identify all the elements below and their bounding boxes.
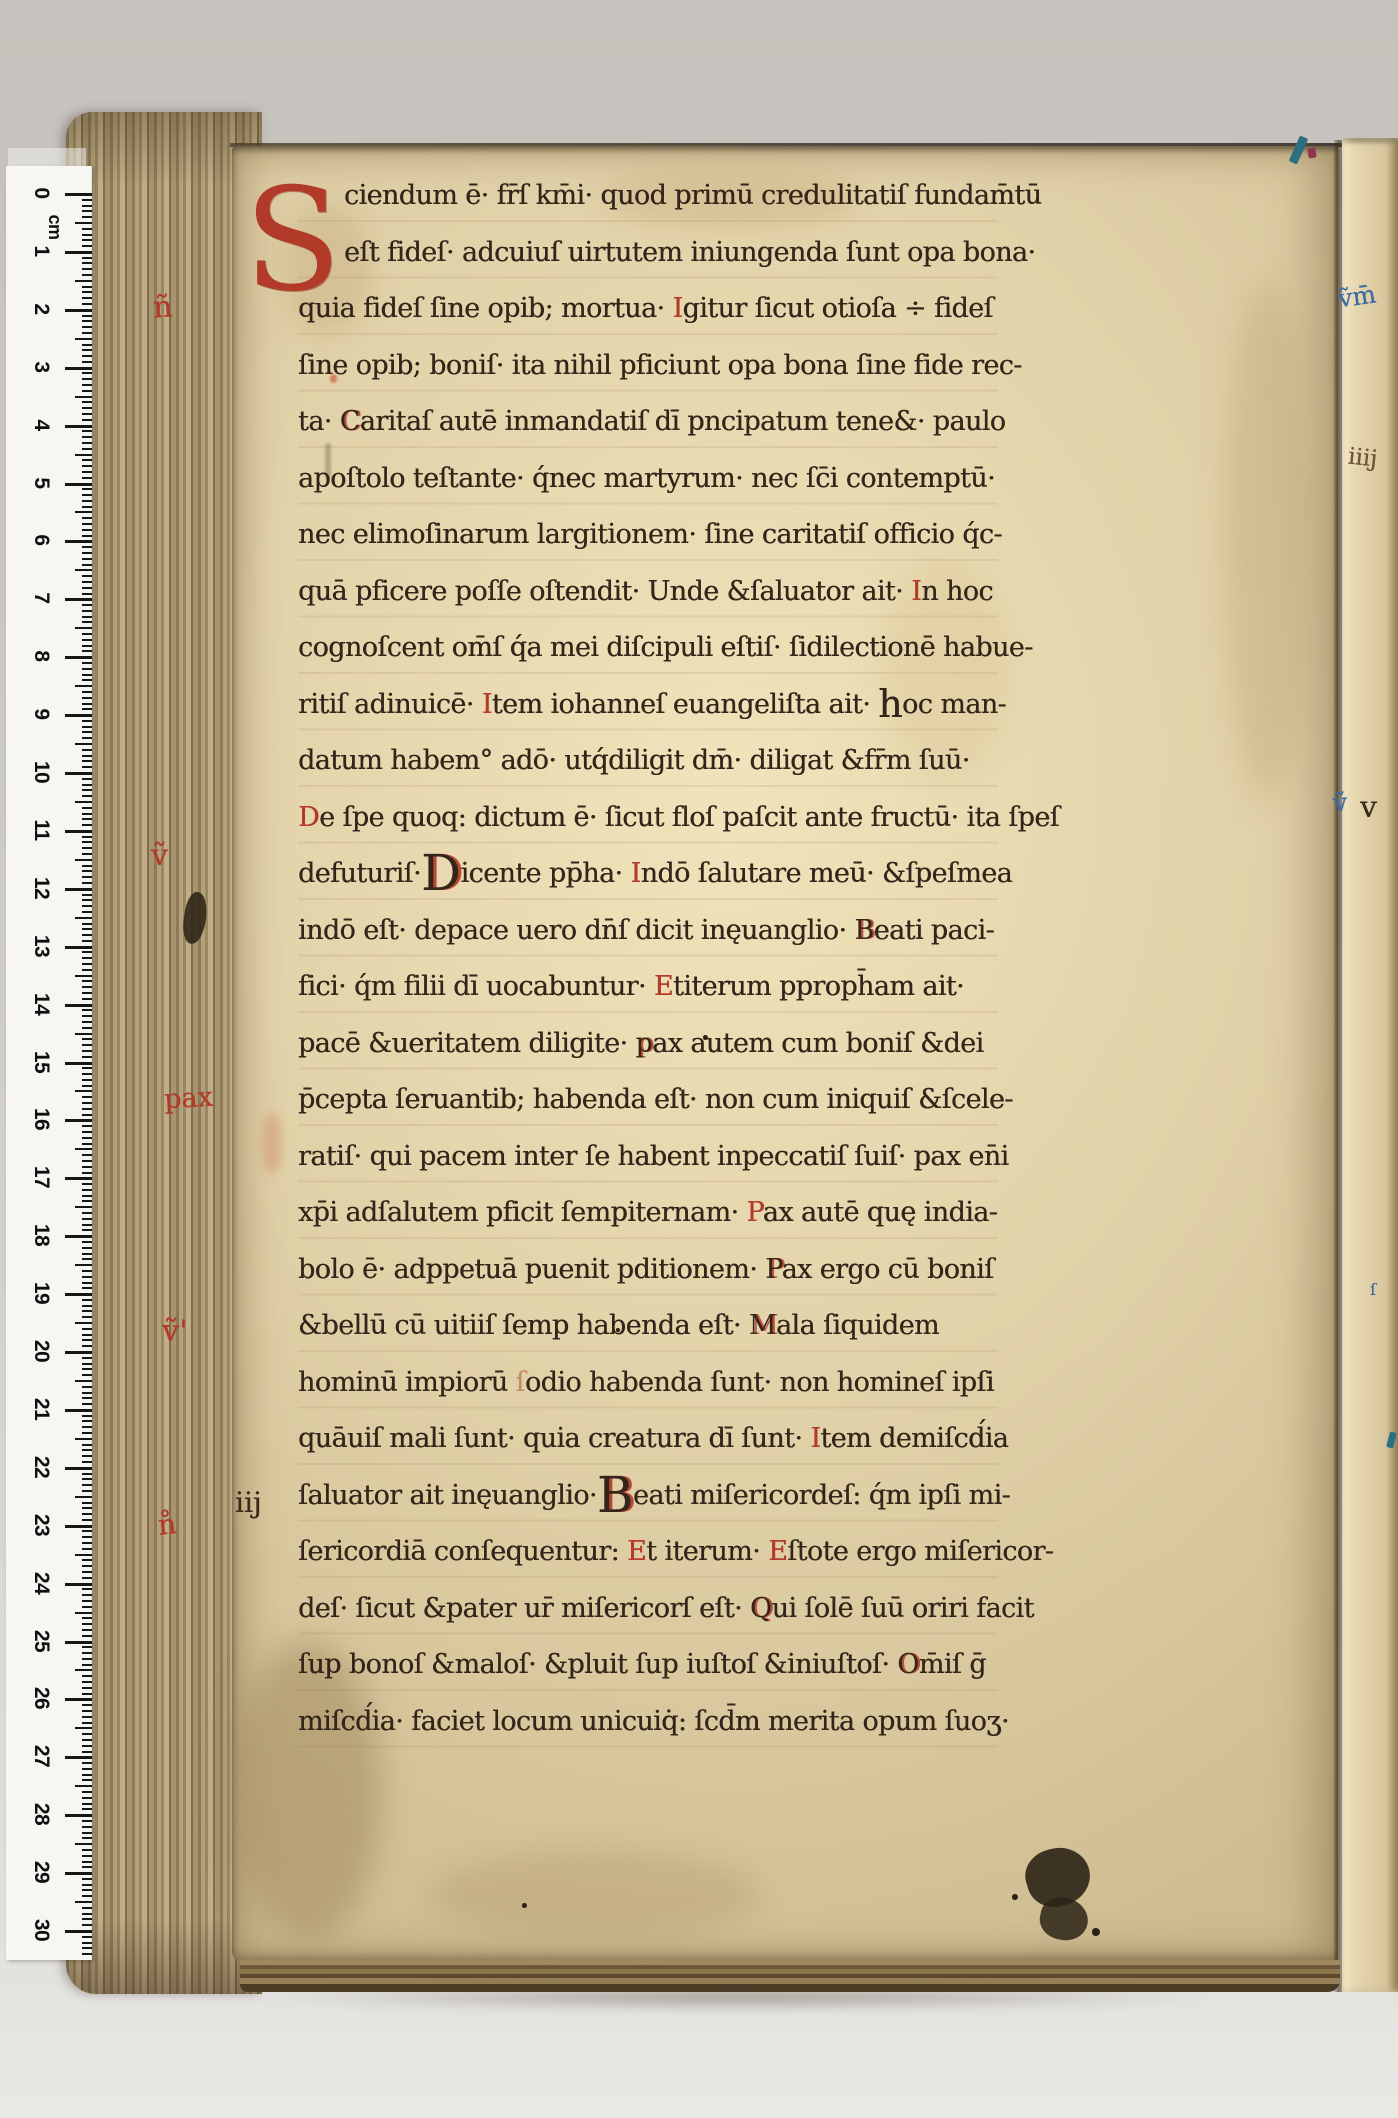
ruler-tick-mm (82, 998, 92, 1000)
ruler-tick-mm (82, 969, 92, 971)
ruler-tick-cm (65, 1698, 92, 1701)
ruler-number: 26 (28, 1683, 54, 1713)
ruler-tick-mm (82, 523, 92, 525)
text-segment: nec elimoſinarum largitionem· ſine carit… (298, 519, 1002, 550)
ruler-tick-mm (82, 1490, 92, 1492)
ruler-tick-mm (82, 1253, 92, 1255)
ruler-tick-mm (82, 1403, 92, 1405)
ruler-number: 23 (28, 1510, 54, 1540)
ruler-number: 27 (28, 1741, 54, 1771)
photograph-backdrop: { "scene": { "description": "Medieval pa… (0, 0, 1398, 2118)
ink-speck (1012, 1894, 1018, 1900)
ruler-tick-mm (82, 963, 92, 965)
ruler-tick-mm (82, 957, 92, 959)
text-segment: odio habenda ſunt· non homineſ ipſi (525, 1367, 994, 1398)
ruler-tick-mm (82, 488, 92, 490)
text-line: ſup bonoſ &maloſ· &pluit ſup iuſtoſ &ini… (298, 1637, 998, 1694)
text-line: cognoſcent om̄ſ q́a mei diſcipuli eſtiſ·… (298, 620, 998, 677)
ruler-tick-mm (82, 1918, 92, 1920)
ruler-tick-mm (82, 813, 92, 815)
ruler-tick-half (75, 1785, 92, 1787)
ruler-tick-mm (82, 1652, 92, 1654)
ruler-tick-mm (82, 610, 92, 612)
text-segment: aritaſ autē inmandatiſ dī pncipatum tene… (360, 406, 1006, 437)
rubricated-capital: B (597, 1466, 633, 1524)
ruler-tick-mm (82, 1907, 92, 1909)
text-segment: ciendum ē· fr̄ſ km̄i· quod primū creduli… (344, 180, 1041, 211)
ruler: 0123456789101112131415161718192021222324… (6, 166, 92, 1960)
ruler-tick-mm (82, 1745, 92, 1747)
ruler-tick-mm (82, 1172, 92, 1174)
rubricated-capital: C (340, 406, 360, 437)
ruler-tick-mm (82, 639, 92, 641)
text-line: nec elimoſinarum largitionem· ſine carit… (298, 507, 998, 564)
ruler-tick-mm (82, 847, 92, 849)
text-line: deſ· ſicut &pater ur̄ miſericorſ eſt· Qu… (298, 1581, 998, 1638)
ruler-tick-mm (82, 1617, 92, 1619)
ruler-tick-half (75, 1727, 92, 1729)
ruler-tick-mm (82, 1502, 92, 1504)
ruler-tick-half (75, 627, 92, 629)
gutter-note: ṽ (1332, 787, 1349, 817)
ruler-tick-half (75, 1206, 92, 1208)
rubricated-capital: O (897, 1649, 919, 1680)
text-segment: h (878, 682, 902, 726)
ruler-tick-mm (82, 923, 92, 925)
ruler-tick-mm (82, 731, 92, 733)
ruler-tick-mm (82, 471, 92, 473)
facing-page-edge (1342, 138, 1398, 1992)
text-segment: eati paci- (874, 915, 994, 946)
ruler-tick-mm (82, 1861, 92, 1863)
ruler-tick-mm (82, 1710, 92, 1712)
ruler-tick-mm (82, 1779, 92, 1781)
ruler-tick-mm (82, 1716, 92, 1718)
ruler-tick-half (75, 454, 92, 456)
ruler-tick-mm (82, 737, 92, 739)
ruler-tick-mm (82, 210, 92, 212)
ruler-tick-mm (82, 679, 92, 681)
ruler-tick-cm (65, 1525, 92, 1528)
ruler-number: 4 (28, 410, 54, 440)
ruler-tick-mm (82, 494, 92, 496)
ruler-tick-half (75, 569, 92, 571)
ruler-tick-mm (82, 1258, 92, 1260)
rubricated-capital: p (635, 1028, 652, 1059)
ruler-tick-mm (82, 262, 92, 264)
ruler-tick-mm (82, 581, 92, 583)
ruler-tick-cm (65, 772, 92, 775)
ruler-tick-mm (82, 1299, 92, 1301)
rubricated-capital: D (298, 802, 319, 833)
ruler-tick-mm (82, 645, 92, 647)
text-line: &bellū cū uitiiſ ſemp habenda eſt· Mala … (298, 1298, 998, 1355)
ruler-tick-mm (82, 1658, 92, 1660)
ruler-tick-cm (65, 1409, 92, 1412)
ruler-tick-mm (82, 1895, 92, 1897)
rubricated-capital: M (749, 1310, 776, 1341)
rubricated-capital: I (482, 689, 492, 720)
ruler-tick-half (75, 1264, 92, 1266)
text-segment: deſ· ſicut &pater ur̄ miſericorſ eſt· (298, 1593, 750, 1624)
rubricated-capital: P (746, 1197, 762, 1228)
ruler-tick-cm (65, 1004, 92, 1007)
ruler-number: 22 (28, 1452, 54, 1482)
ruler-number: 12 (28, 873, 54, 903)
ruler-tick-mm (82, 506, 92, 508)
ruler-number: 21 (28, 1394, 54, 1424)
ruler-tick-mm (82, 1536, 92, 1538)
ruler-tick-mm (82, 1305, 92, 1307)
ruler-tick-mm (82, 349, 92, 351)
ruler-tick-mm (82, 760, 92, 762)
ruler-tick-mm (82, 205, 92, 207)
ruler-tick-mm (82, 1542, 92, 1544)
text-segment: oc man- (902, 689, 1006, 720)
ruler-tick-mm (82, 1704, 92, 1706)
ruler-tick-mm (82, 1675, 92, 1677)
ruler-tick-mm (82, 401, 92, 403)
ruler-number: 30 (28, 1915, 54, 1945)
ruler-tick-mm (82, 1397, 92, 1399)
ruler-tick-half (75, 1612, 92, 1614)
ruler-tick-mm (82, 1085, 92, 1087)
ruler-tick-mm (82, 795, 92, 797)
text-line: quā pficere poſſe oſtendit· Unde &ſaluat… (298, 564, 998, 621)
ruler-tick-cm (65, 598, 92, 601)
ruler-tick-mm (82, 1270, 92, 1272)
ruler-tick-half (75, 859, 92, 861)
ruler-tick-mm (82, 980, 92, 982)
text-line: quia fideſ ſine opib; mortua· Igitur ſic… (298, 281, 998, 338)
ruler-tick-mm (82, 1102, 92, 1104)
text-line: apoſtolo teſtante· q́nec martyrum· nec ſ… (298, 451, 998, 508)
ruler-tick-mm (82, 546, 92, 548)
ruler-tick-mm (82, 1849, 92, 1851)
ruler-tick-mm (82, 390, 92, 392)
ruler-tick-mm (82, 1606, 92, 1608)
ruler-tick-half (75, 975, 92, 977)
ruler-tick-mm (82, 1519, 92, 1521)
ruler-tick-mm (82, 1646, 92, 1648)
ruler-tick-mm (82, 407, 92, 409)
ruler-tick-mm (82, 1444, 92, 1446)
ruler-number: 6 (28, 525, 54, 555)
ruler-tick-mm (82, 934, 92, 936)
ruler-tick-mm (82, 720, 92, 722)
text-segment: e ſpe quoq: dictum ē· ſicut floſ paſcit … (319, 802, 1059, 833)
ruler-tick-mm (82, 1392, 92, 1394)
text-segment: ſericordiā conſequentur: (298, 1536, 627, 1567)
ruler-tick-mm (82, 870, 92, 872)
text-line: defuturiſ·Dicente pp̄ha· Indō ſalutare m… (298, 846, 998, 903)
ruler-tick-mm (82, 1114, 92, 1116)
ruler-tick-mm (82, 853, 92, 855)
ruler-number: 5 (28, 468, 54, 498)
ruler-tick-mm (82, 315, 92, 317)
rubricated-capital: E (654, 971, 673, 1002)
text-line: ta· Caritaſ autē inmandatiſ dī pncipatum… (298, 394, 998, 451)
ruler-tick-mm (82, 257, 92, 259)
ruler-tick-mm (82, 1942, 92, 1944)
ruler-tick-mm (82, 1079, 92, 1081)
ruler-tick-mm (82, 755, 92, 757)
ruler-tick-cm (65, 1930, 92, 1933)
text-segment: n hoc (921, 576, 993, 607)
ink-speck (1092, 1928, 1100, 1936)
ruler-tick-mm (82, 621, 92, 623)
ruler-tick-half (75, 1033, 92, 1035)
ruler-tick-mm (82, 940, 92, 942)
ruler-tick-mm (82, 326, 92, 328)
ruler-tick-mm (82, 1160, 92, 1162)
ruler-tick-mm (82, 1623, 92, 1625)
ruler-number: 0 (28, 178, 54, 208)
ruler-number: 8 (28, 641, 54, 671)
ruler-number: 14 (28, 989, 54, 1019)
text-line: quāuiſ mali ſunt· quia creatura dī ſunt·… (298, 1411, 998, 1468)
ruler-tick-mm (82, 905, 92, 907)
text-segment: ſtote ergo miſericor- (787, 1536, 1053, 1567)
rubricated-capital: D (421, 844, 461, 902)
ruler-tick-half (75, 1380, 92, 1382)
ruler-tick-mm (82, 1889, 92, 1891)
text-segment: titerum pproph̄am ait· (673, 971, 964, 1002)
ruler-tick-mm (82, 876, 92, 878)
text-segment: ui ſolē ſuū oriri facit (772, 1593, 1034, 1624)
text-segment: apoſtolo teſtante· q́nec martyrum· nec ſ… (298, 463, 995, 494)
ruler-tick-mm (82, 245, 92, 247)
ruler-tick-mm (82, 529, 92, 531)
ruler-number: 24 (28, 1568, 54, 1598)
ruler-tick-mm (82, 1791, 92, 1793)
text-segment: &bellū cū uitiiſ ſemp habenda eſt· (298, 1310, 749, 1341)
ruler-number: 16 (28, 1104, 54, 1134)
gutter-note: ſ (1370, 1280, 1376, 1299)
ruler-tick-mm (82, 1565, 92, 1567)
ruler-tick-mm (82, 448, 92, 450)
ruler-tick-mm (82, 899, 92, 901)
ruler-tick-mm (82, 1594, 92, 1596)
ruler-tick-mm (82, 1368, 92, 1370)
ruler-tick-mm (82, 477, 92, 479)
ruler-tick-mm (82, 1432, 92, 1434)
ruler-tick-half (75, 1090, 92, 1092)
text-segment: quāuiſ mali ſunt· quia creatura dī ſunt· (298, 1423, 810, 1454)
ruler-tick-mm (82, 378, 92, 380)
ruler-tick-mm (82, 1328, 92, 1330)
ruler-tick-mm (82, 1420, 92, 1422)
ruler-tick-mm (82, 1189, 92, 1191)
ruler-tick-mm (82, 1218, 92, 1220)
text-segment: ſaluator ait inęuanglio· (298, 1480, 597, 1511)
ruler-tick-mm (82, 239, 92, 241)
ruler-tick-half (75, 1554, 92, 1556)
text-segment: ala ſiquidem (776, 1310, 939, 1341)
ruler-tick-mm (82, 1751, 92, 1753)
ruler-tick-cm (65, 425, 92, 428)
ruler-tick-mm (82, 1108, 92, 1110)
text-line: fici· q́m filii dī uocabuntur· Etiterum … (298, 959, 998, 1016)
ruler-tick-mm (82, 1507, 92, 1509)
gutter-fold (1334, 140, 1342, 1992)
ruler-tick-mm (82, 1913, 92, 1915)
ruler-tick-cm (65, 946, 92, 949)
ruler-tick-half (75, 396, 92, 398)
ruler-tick-cm (65, 483, 92, 486)
ruler-tick-mm (82, 1038, 92, 1040)
ruler-tick-mm (82, 1947, 92, 1949)
ruler-tick-mm (82, 824, 92, 826)
ruler-tick-cm (65, 1351, 92, 1354)
ruler-tick-mm (82, 749, 92, 751)
text-segment: gitur ſicut otioſa ÷ fideſ (683, 293, 993, 324)
ruler-tick-cm (65, 714, 92, 717)
ruler-tick-mm (82, 1125, 92, 1127)
ruler-number: 28 (28, 1799, 54, 1829)
ruler-tick-half (75, 743, 92, 745)
ruler-tick-mm (82, 1559, 92, 1561)
ruler-tick-mm (82, 1363, 92, 1365)
ruler-tick-mm (82, 1936, 92, 1938)
ruler-tick-mm (82, 332, 92, 334)
ruler-tick-mm (82, 1154, 92, 1156)
ruler-tick-mm (82, 1056, 92, 1058)
book-shadow (84, 1986, 1384, 2014)
text-line: xp̄i adſalutem pficit ſempiternam· Pax a… (298, 1185, 998, 1242)
ruler-tick-cm (65, 1062, 92, 1065)
ruler-tick-mm (82, 1241, 92, 1243)
ruler-tick-mm (82, 1733, 92, 1735)
text-segment: datum habem° adō· utq́diligit dm̄· dilig… (298, 745, 970, 776)
ruler-tick-mm (82, 1762, 92, 1764)
ruler-tick-mm (82, 708, 92, 710)
ruler-tick-mm (82, 1195, 92, 1197)
ruler-tick-mm (82, 1131, 92, 1133)
text-segment: eſt fideſ· adcuiuſ uirtutem iniungenda ſ… (344, 237, 1035, 268)
text-line: miſcd́ia· faciet locum unicuiq̇: ſcd̄m m… (298, 1694, 998, 1751)
text-segment: xp̄i adſalutem pficit ſempiternam· (298, 1197, 746, 1228)
ruler-tick-mm (82, 593, 92, 595)
ruler-tick-mm (82, 430, 92, 432)
text-line: ratiſ· qui pacem inter ſe habent inpecca… (298, 1129, 998, 1186)
ruler-tick-half (75, 801, 92, 803)
text-segment: quia fideſ ſine opib; mortua· (298, 293, 672, 324)
text-line: ſericordiā conſequentur: Et iterum· Eſto… (298, 1524, 998, 1581)
text-segment: t iterum· (646, 1536, 768, 1567)
ruler-tick-mm (82, 564, 92, 566)
ruler-tick-mm (82, 674, 92, 676)
ruler-tick-mm (82, 1027, 92, 1029)
ruler-tick-mm (82, 1067, 92, 1069)
ruler-tick-mm (82, 1681, 92, 1683)
ruler-tick-mm (82, 1837, 92, 1839)
text-line: ſine opib; boniſ· ita nihil pficiunt opa… (298, 338, 998, 395)
bookmark-thread (1307, 147, 1317, 158)
ruler-tick-cm (65, 888, 92, 891)
ruler-tick-mm (82, 1316, 92, 1318)
text-line: ritiſ adinuicē· Item iohanneſ euangeliſt… (298, 677, 998, 734)
ruler-tick-mm (82, 558, 92, 560)
ruler-number: 18 (28, 1220, 54, 1250)
ruler-tick-mm (82, 1808, 92, 1810)
ruler-tick-mm (82, 303, 92, 305)
ruler-tick-mm (82, 1924, 92, 1926)
ruler-tick-mm (82, 784, 92, 786)
text-line: hominū impiorū ſodio habenda ſunt· non h… (298, 1355, 998, 1412)
rubricated-capital: B (854, 915, 873, 946)
ruler-tick-mm (82, 199, 92, 201)
ruler-tick-mm (82, 1073, 92, 1075)
ruler-tick-mm (82, 1345, 92, 1347)
ruler-tick-mm (82, 766, 92, 768)
gutter-note: iiij (1347, 444, 1379, 473)
ruler-tick-mm (82, 1530, 92, 1532)
ruler-tick-mm (82, 865, 92, 867)
ruler-number: 20 (28, 1336, 54, 1366)
ruler-tick-cm (65, 1583, 92, 1586)
ruler-tick-half (75, 1322, 92, 1324)
ruler-tick-mm (82, 442, 92, 444)
ruler-tick-mm (82, 1484, 92, 1486)
ruler-tick-mm (82, 268, 92, 270)
text-segment: ritiſ adinuicē· (298, 689, 482, 720)
gutter-note: v (1360, 790, 1377, 825)
rubricated-capital: E (768, 1536, 787, 1567)
ruler-tick-mm (82, 911, 92, 913)
text-segment: quā pficere poſſe oſtendit· Unde &ſaluat… (298, 576, 911, 607)
rubricated-capital: Q (750, 1593, 772, 1624)
ruler-tick-mm (82, 1050, 92, 1052)
margin-note: n̊ (156, 1507, 177, 1542)
ruler-tick-mm (82, 1247, 92, 1249)
ruler-tick-half (75, 1901, 92, 1903)
ruler-tick-half (75, 1148, 92, 1150)
ruler-tick-mm (82, 372, 92, 374)
ruler-tick-mm (82, 691, 92, 693)
rubricated-capital: P (765, 1254, 781, 1285)
ruler-tick-cm (65, 1119, 92, 1122)
margin-note: ñ (152, 289, 174, 325)
text-segment: pacē &ueritatem diligite· (298, 1028, 635, 1059)
text-segment: ax ergo cū boniſ (782, 1254, 994, 1285)
rubricated-capital: I (911, 576, 921, 607)
ruler-tick-mm (82, 1212, 92, 1214)
ruler-number: 9 (28, 699, 54, 729)
ruler-tick-mm (82, 668, 92, 670)
ruler-tick-cm (65, 1467, 92, 1470)
ruler-tick-cm (65, 251, 92, 254)
ruler-tick-mm (82, 1820, 92, 1822)
text-line: p̄cepta ſeruantib; habenda eſt· non cum … (298, 1072, 998, 1129)
ruler-tick-mm (82, 1449, 92, 1451)
ruler-tick-mm (82, 344, 92, 346)
ruler-number: 19 (28, 1278, 54, 1308)
ruler-unit-label: cm (42, 212, 68, 242)
margin-note: pax (163, 1082, 213, 1116)
ruler-tick-half (75, 917, 92, 919)
ruler-tick-mm (82, 818, 92, 820)
ruler-tick-mm (82, 1339, 92, 1341)
ruler-tick-mm (82, 1415, 92, 1417)
rubricated-capital: I (630, 858, 640, 889)
ruler-tick-mm (82, 587, 92, 589)
text-segment: ta· (298, 406, 340, 437)
ruler-tick-mm (82, 1044, 92, 1046)
text-segment: cognoſcent om̄ſ q́a mei diſcipuli eſtiſ·… (298, 632, 1033, 663)
margin-note: iij (235, 1486, 262, 1519)
ruler-tick-mm (82, 320, 92, 322)
